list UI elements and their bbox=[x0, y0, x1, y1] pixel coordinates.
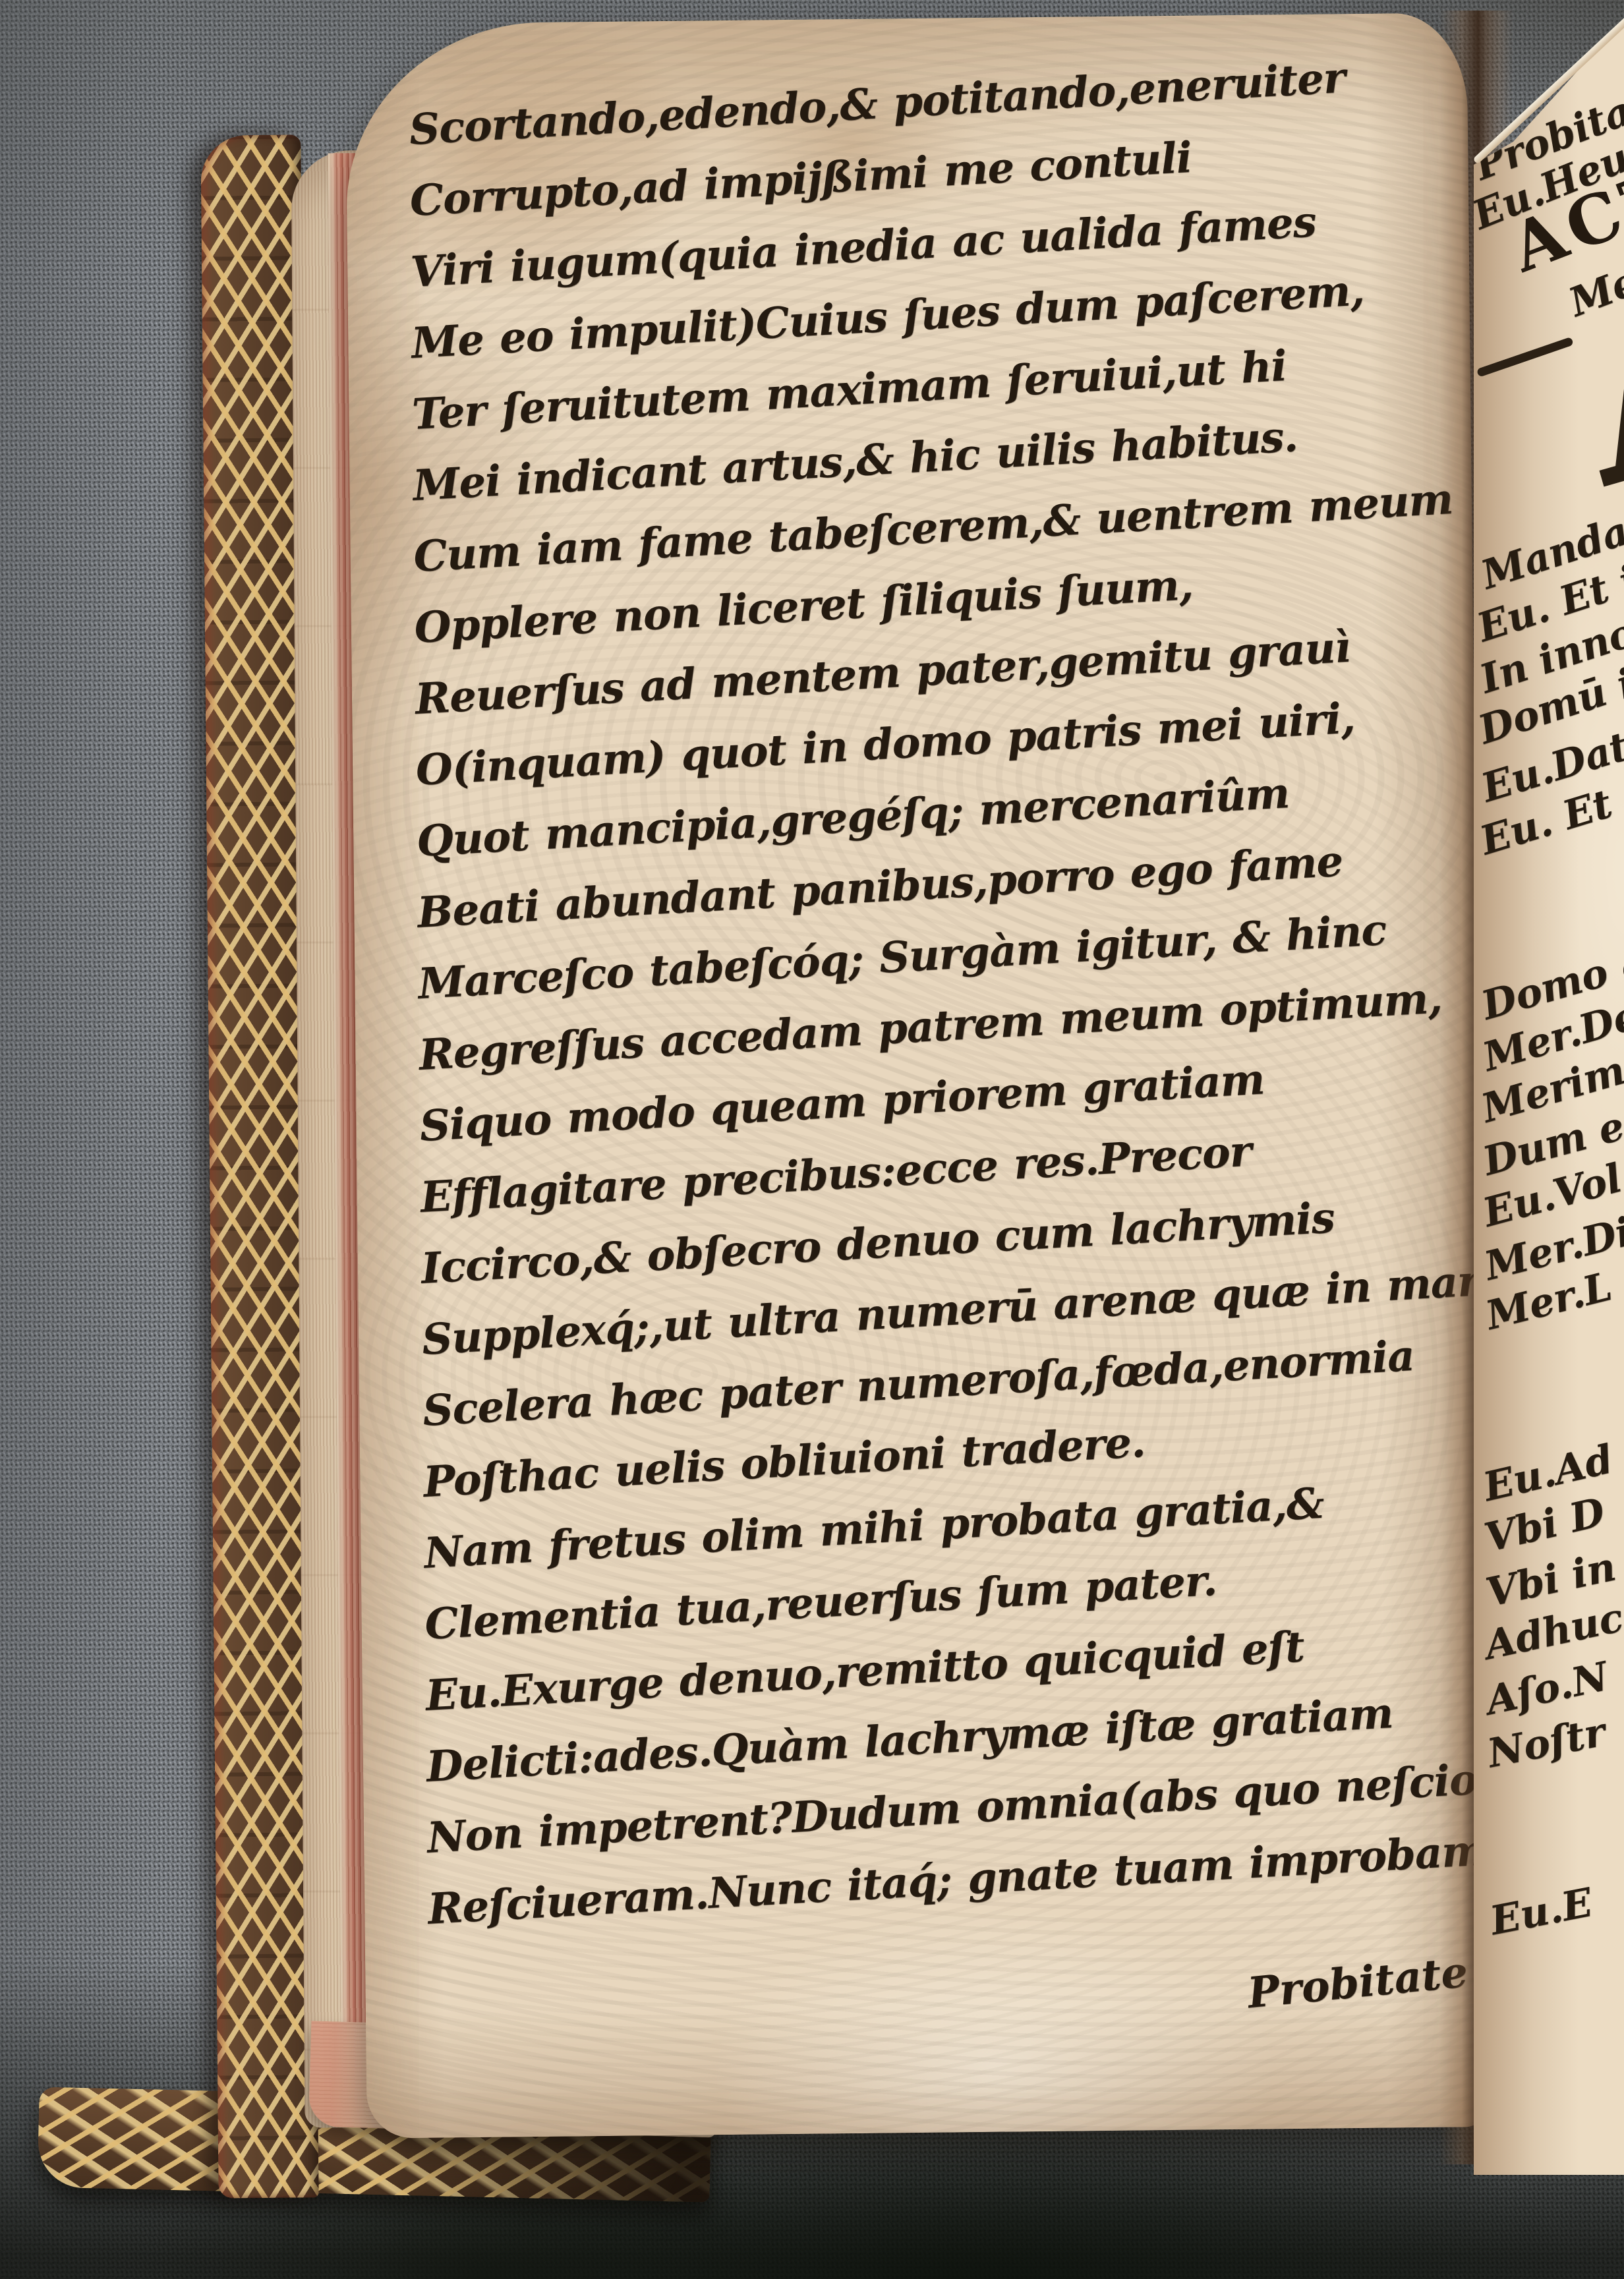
left-page: Scortando,edendo,& potitando,eneruiter C… bbox=[345, 13, 1489, 2139]
section-rule bbox=[1476, 337, 1574, 378]
dropcap-initial: A bbox=[1548, 221, 1624, 500]
catchword: Probitate bbox=[1246, 1947, 1470, 2018]
text-line: Opplere non liceret ſiliquis ſuum, bbox=[413, 564, 1194, 650]
text-line: Scortando,edendo,& potitando,eneruiter bbox=[408, 57, 1346, 152]
text-line: Poſthac uelis obliuioni tradere. bbox=[422, 1422, 1146, 1504]
right-page-partial: Probitate Eu.Heus, ACT Me A Mandauer Eu.… bbox=[1474, 0, 1624, 2175]
text-line: Corrupto,ad impijßimi me contuli bbox=[409, 137, 1192, 223]
right-page-line: Eu.E bbox=[1487, 1883, 1596, 1942]
